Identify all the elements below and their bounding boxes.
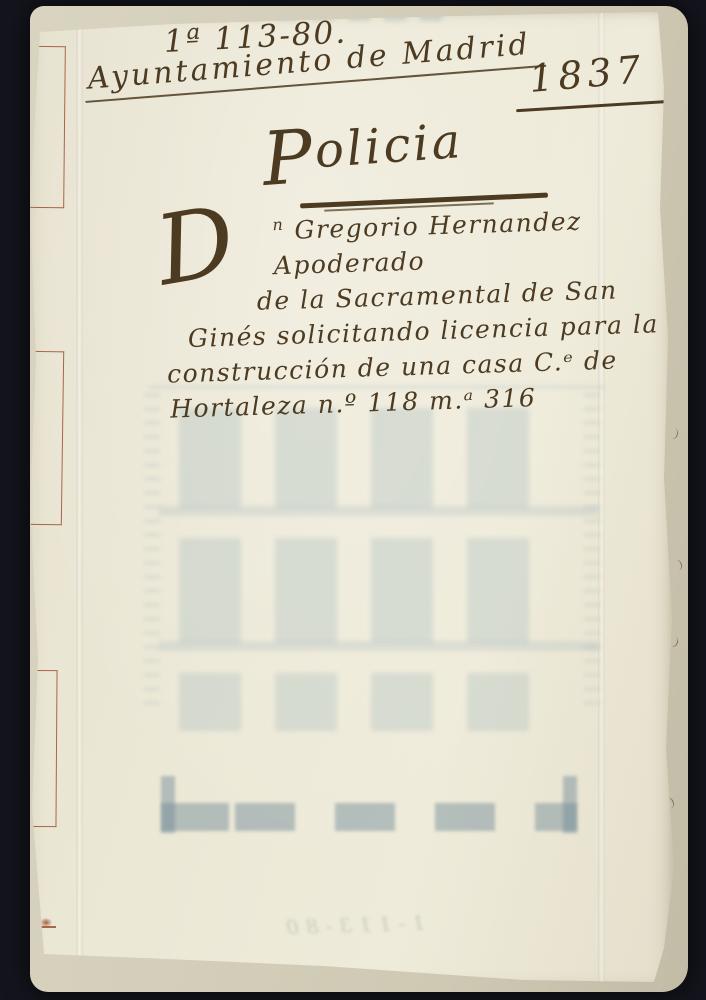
bleed-facade-balcony-band <box>159 641 599 651</box>
facade-window <box>275 673 337 731</box>
bleed-plan-pier <box>335 803 395 831</box>
facade-window <box>371 408 433 508</box>
section-title-rest: olicia <box>313 113 465 179</box>
bleed-facade-balcony-band <box>159 506 599 516</box>
facade-window <box>179 673 241 731</box>
section-title: Policia <box>260 113 465 183</box>
bleed-plan-pier <box>563 776 577 833</box>
bleed-facade-scale-right <box>584 394 600 716</box>
facade-window <box>275 538 337 643</box>
section-title-initial: P <box>260 113 319 202</box>
bleed-through-facade <box>179 408 579 731</box>
scan-background: 1-113-80 7714 1ª 113-80. Ayuntamiento de… <box>0 0 706 1000</box>
facade-window <box>371 538 433 643</box>
binding-stitch-mark <box>17 351 64 526</box>
paper-crease <box>76 8 83 990</box>
facade-window <box>179 538 241 643</box>
bleed-plan-pier <box>161 803 229 831</box>
year-label: 1837 <box>527 47 647 101</box>
facade-window <box>371 673 433 731</box>
petition-text: D nGregorio Hernandez Apoderado de la Sa… <box>154 194 691 427</box>
bleed-plan-pier <box>235 803 295 831</box>
document-page: 1-113-80 7714 1ª 113-80. Ayuntamiento de… <box>24 8 676 990</box>
facade-window <box>467 673 529 731</box>
facade-window <box>467 408 529 508</box>
binding-ink-blob <box>40 918 52 927</box>
petition-line-text: Gregorio Hernandez Apoderado <box>273 207 582 281</box>
petition-initial: D <box>150 192 244 300</box>
facade-window <box>467 538 529 643</box>
petition-initial-superscript: n <box>272 215 284 234</box>
bleed-facade-scale-left <box>144 394 160 716</box>
bleed-through-reference: 1-113-80 <box>279 910 426 939</box>
bleed-plan-pier <box>435 803 495 831</box>
